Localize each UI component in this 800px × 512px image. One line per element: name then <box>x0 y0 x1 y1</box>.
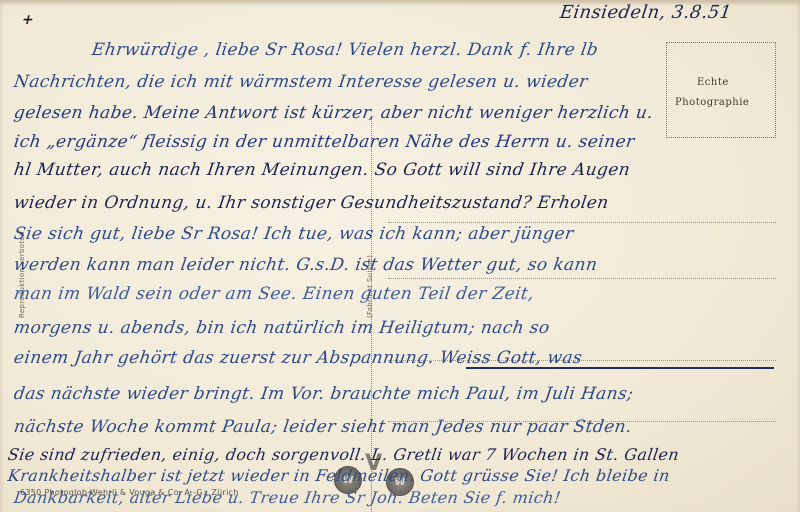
letter-line-14: Sie sind zufrieden, einig, doch sorgenvo… <box>7 445 681 464</box>
letter-line-16: Dankbarkeit, alter Liebe u. Treue Ihre S… <box>13 488 562 507</box>
letter-line-13: nächste Woche kommt Paula; leider sieht … <box>13 417 634 437</box>
letter-line-4: ich „ergänze“ fleissig in der unmittelba… <box>13 132 636 152</box>
letter-line-10: morgens u. abends, bin ich natürlich im … <box>13 318 551 338</box>
stamp-label-photographie: Photographie <box>675 97 749 108</box>
postcard-back: + Echte Photographie Reproduktion verbot… <box>0 0 800 512</box>
letter-line-5: hl Mutter, auch nach Ihren Meinungen. So… <box>13 160 632 180</box>
letter-line-2: Nachrichten, die ich mit wärmstem Intere… <box>13 72 589 92</box>
letter-line-1: Ehrwürdige , liebe Sr Rosa! Vielen herzl… <box>91 40 600 60</box>
letter-line-15: Krankheitshalber ist jetzt wieder in Fel… <box>7 466 672 485</box>
address-line-2 <box>388 278 776 279</box>
letter-line-7: Sie sich gut, liebe Sr Rosa! Ich tue, wa… <box>13 224 575 244</box>
address-line-1 <box>388 222 776 223</box>
underline-emphasis <box>466 367 774 369</box>
letter-line-9: man im Wald sein oder am See. Einen gute… <box>13 284 536 304</box>
cross-mark: + <box>20 12 35 28</box>
stamp-box: Echte Photographie <box>666 42 776 138</box>
letter-line-8: werden kann man leider nicht. G.s.D. ist… <box>13 255 599 275</box>
letter-line-6: wieder in Ordnung, u. Ihr sonstiger Gesu… <box>13 193 610 213</box>
place-date: Einsiedeln, 3.8.51 <box>559 2 734 23</box>
letter-line-12: das nächste wieder bringt. Im Vor. brauc… <box>13 384 635 404</box>
stamp-label-echte: Echte <box>697 77 729 88</box>
letter-line-3: gelesen habe. Meine Antwort ist kürzer, … <box>13 103 655 123</box>
letter-line-11: einem Jahr gehört das zuerst zur Abspann… <box>13 348 584 368</box>
